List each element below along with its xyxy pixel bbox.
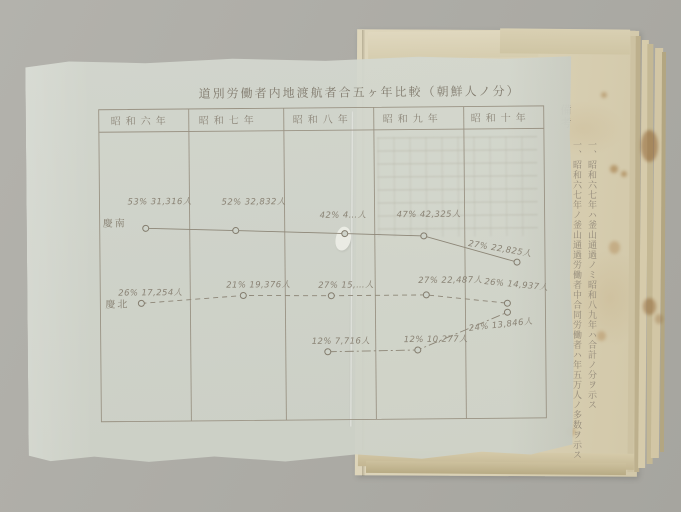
data-point	[143, 225, 149, 231]
data-point	[504, 300, 510, 306]
point-label: 12% 7,716人	[312, 334, 371, 347]
photo-of-document: 備考 一、昭和六七年ハ釜山通過ノミ昭和八九年ハ合計ノ分ヲ示ス 一、昭和六七年ノ釜…	[0, 0, 681, 512]
header-separator	[99, 128, 544, 132]
data-point	[233, 228, 239, 234]
point-label: 12% 10,277人	[404, 333, 468, 346]
point-label: 52% 32,832人	[221, 195, 285, 208]
tracing-sheet-layer: 道別労働者内地渡航者合五ヶ年比較（朝鮮人ノ分） 昭和六年 昭和七年 昭和八年 昭…	[0, 0, 681, 512]
column-header: 昭和八年	[293, 111, 353, 127]
data-point	[514, 259, 520, 265]
series-keihoku-line	[141, 293, 507, 306]
data-point	[423, 292, 429, 298]
column-header: 昭和十年	[471, 109, 531, 125]
data-point	[342, 231, 348, 237]
chart-title: 道別労働者内地渡航者合五ヶ年比較（朝鮮人ノ分）	[198, 82, 520, 102]
point-label: 42% 4…人	[320, 208, 367, 220]
column-divider	[464, 107, 467, 419]
data-point	[415, 347, 421, 353]
point-label: 21% 19,376人	[226, 278, 290, 291]
column-divider	[374, 107, 377, 419]
point-label: 47% 42,325人	[397, 208, 461, 221]
data-point	[328, 293, 334, 299]
series-keinan-line	[146, 225, 517, 265]
point-label: 26% 17,254人	[118, 286, 182, 299]
pencil-chart	[0, 0, 681, 512]
data-point	[504, 309, 510, 315]
point-label: 53% 31,316人	[127, 195, 191, 208]
table-border	[99, 106, 547, 422]
data-point	[240, 292, 246, 298]
column-header: 昭和七年	[199, 111, 259, 127]
column-divider	[284, 108, 287, 420]
data-point	[421, 233, 427, 239]
point-label: 27% 22,487人	[418, 273, 482, 286]
column-header: 昭和九年	[383, 110, 443, 126]
column-header: 昭和六年	[111, 112, 171, 128]
column-divider	[189, 109, 192, 421]
point-label: 27% 15,…人	[318, 278, 374, 290]
series-label-keinan: 慶南	[103, 215, 127, 230]
data-point	[325, 349, 331, 355]
data-point	[138, 300, 144, 306]
